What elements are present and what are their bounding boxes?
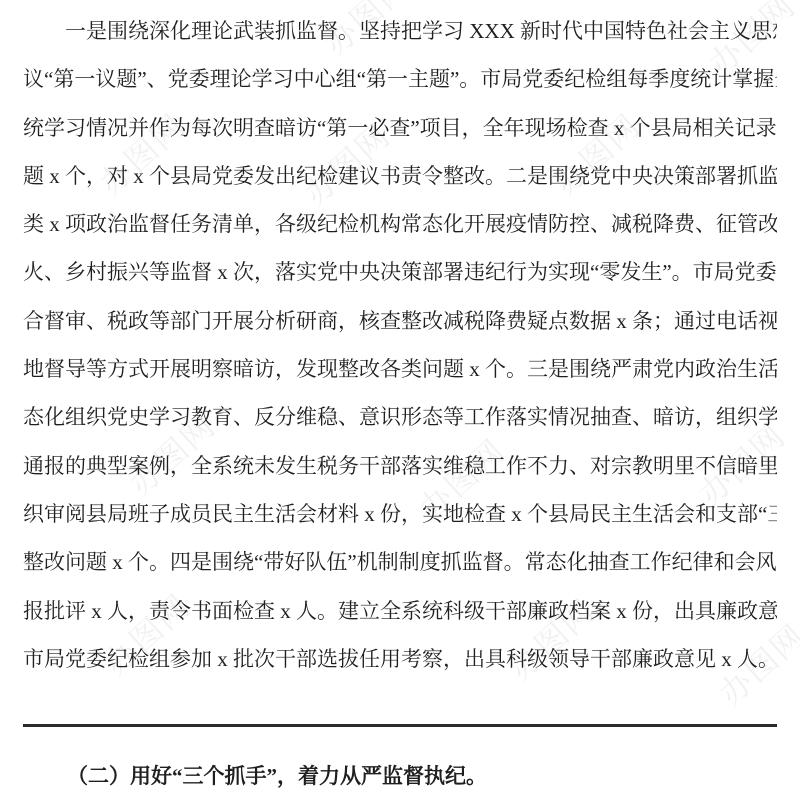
paragraph-line: 通报的典型案例，全系统未发生税务干部落实维稳工作不力、对宗教明里不信暗里信问题。… bbox=[23, 442, 777, 490]
paragraph-line: 态化组织党史学习教育、反分维稳、意识形态等工作落实情况抽查、暗访，组织学习系统内… bbox=[23, 393, 777, 441]
paragraph-line: 统学习情况并作为每次明查暗访“第一必查”项目，全年现场检查 x 个县局相关记录，… bbox=[23, 104, 777, 152]
paragraph-line: 火、乡村振兴等监督 x 次，落实党中央决策部署违纪行为实现“零发生”。市局党委纪… bbox=[23, 248, 777, 296]
paragraph-line: 报批评 x 人，责令书面检查 x 人。建立全系统科级干部廉政档案 x 份，出具廉… bbox=[23, 587, 777, 635]
paragraph-line: 一是围绕深化理论武装抓监督。坚持把学习 XXX 新时代中国特色社会主义思想作为党… bbox=[23, 7, 777, 55]
paragraph-line: 类 x 项政治监督任务清单，各级纪检机构常态化开展疫情防控、减税降费、征管改革、… bbox=[23, 200, 777, 248]
section-heading: （二）用好“三个抓手”，着力从严监督执纪。 bbox=[23, 752, 777, 800]
document-page: 办图网 办图网 办图网 办图网 办图网 办图网 办图网 办图网 办图网 办图网 … bbox=[0, 0, 800, 800]
paragraph-line: 织审阅县局班子成员民主生活会材料 x 份，实地检查 x 个县局民主生活会和支部“… bbox=[23, 490, 777, 538]
paragraph-line: 题 x 个，对 x 个县局党委发出纪检建议书责令整改。二是围绕党中央决策部署抓监… bbox=[23, 152, 777, 200]
paragraph-line: 地督导等方式开展明察暗访，发现整改各类问题 x 个。三是围绕严肃党内政治生活抓监… bbox=[23, 345, 777, 393]
paragraph-line: 合督审、税政等部门开展分析研商，核查整改减税降费疑点数据 x 条；通过电话视频抽… bbox=[23, 297, 777, 345]
section-divider bbox=[23, 724, 777, 727]
paragraph-line: 整改问题 x 个。四是围绕“带好队伍”机制制度抓监督。常态化抽查工作纪律和会风会… bbox=[23, 538, 777, 586]
paragraph-line: 市局党委纪检组参加 x 批次干部选拔任用考察，出具科级领导干部廉政意见 x 人。 bbox=[23, 635, 777, 683]
document-body: 一是围绕深化理论武装抓监督。坚持把学习 XXX 新时代中国特色社会主义思想作为党… bbox=[23, 7, 777, 683]
paragraph-line: 议“第一议题”、党委理论学习中心组“第一主题”。市局党委纪检组每季度统计掌握全市… bbox=[23, 55, 777, 103]
